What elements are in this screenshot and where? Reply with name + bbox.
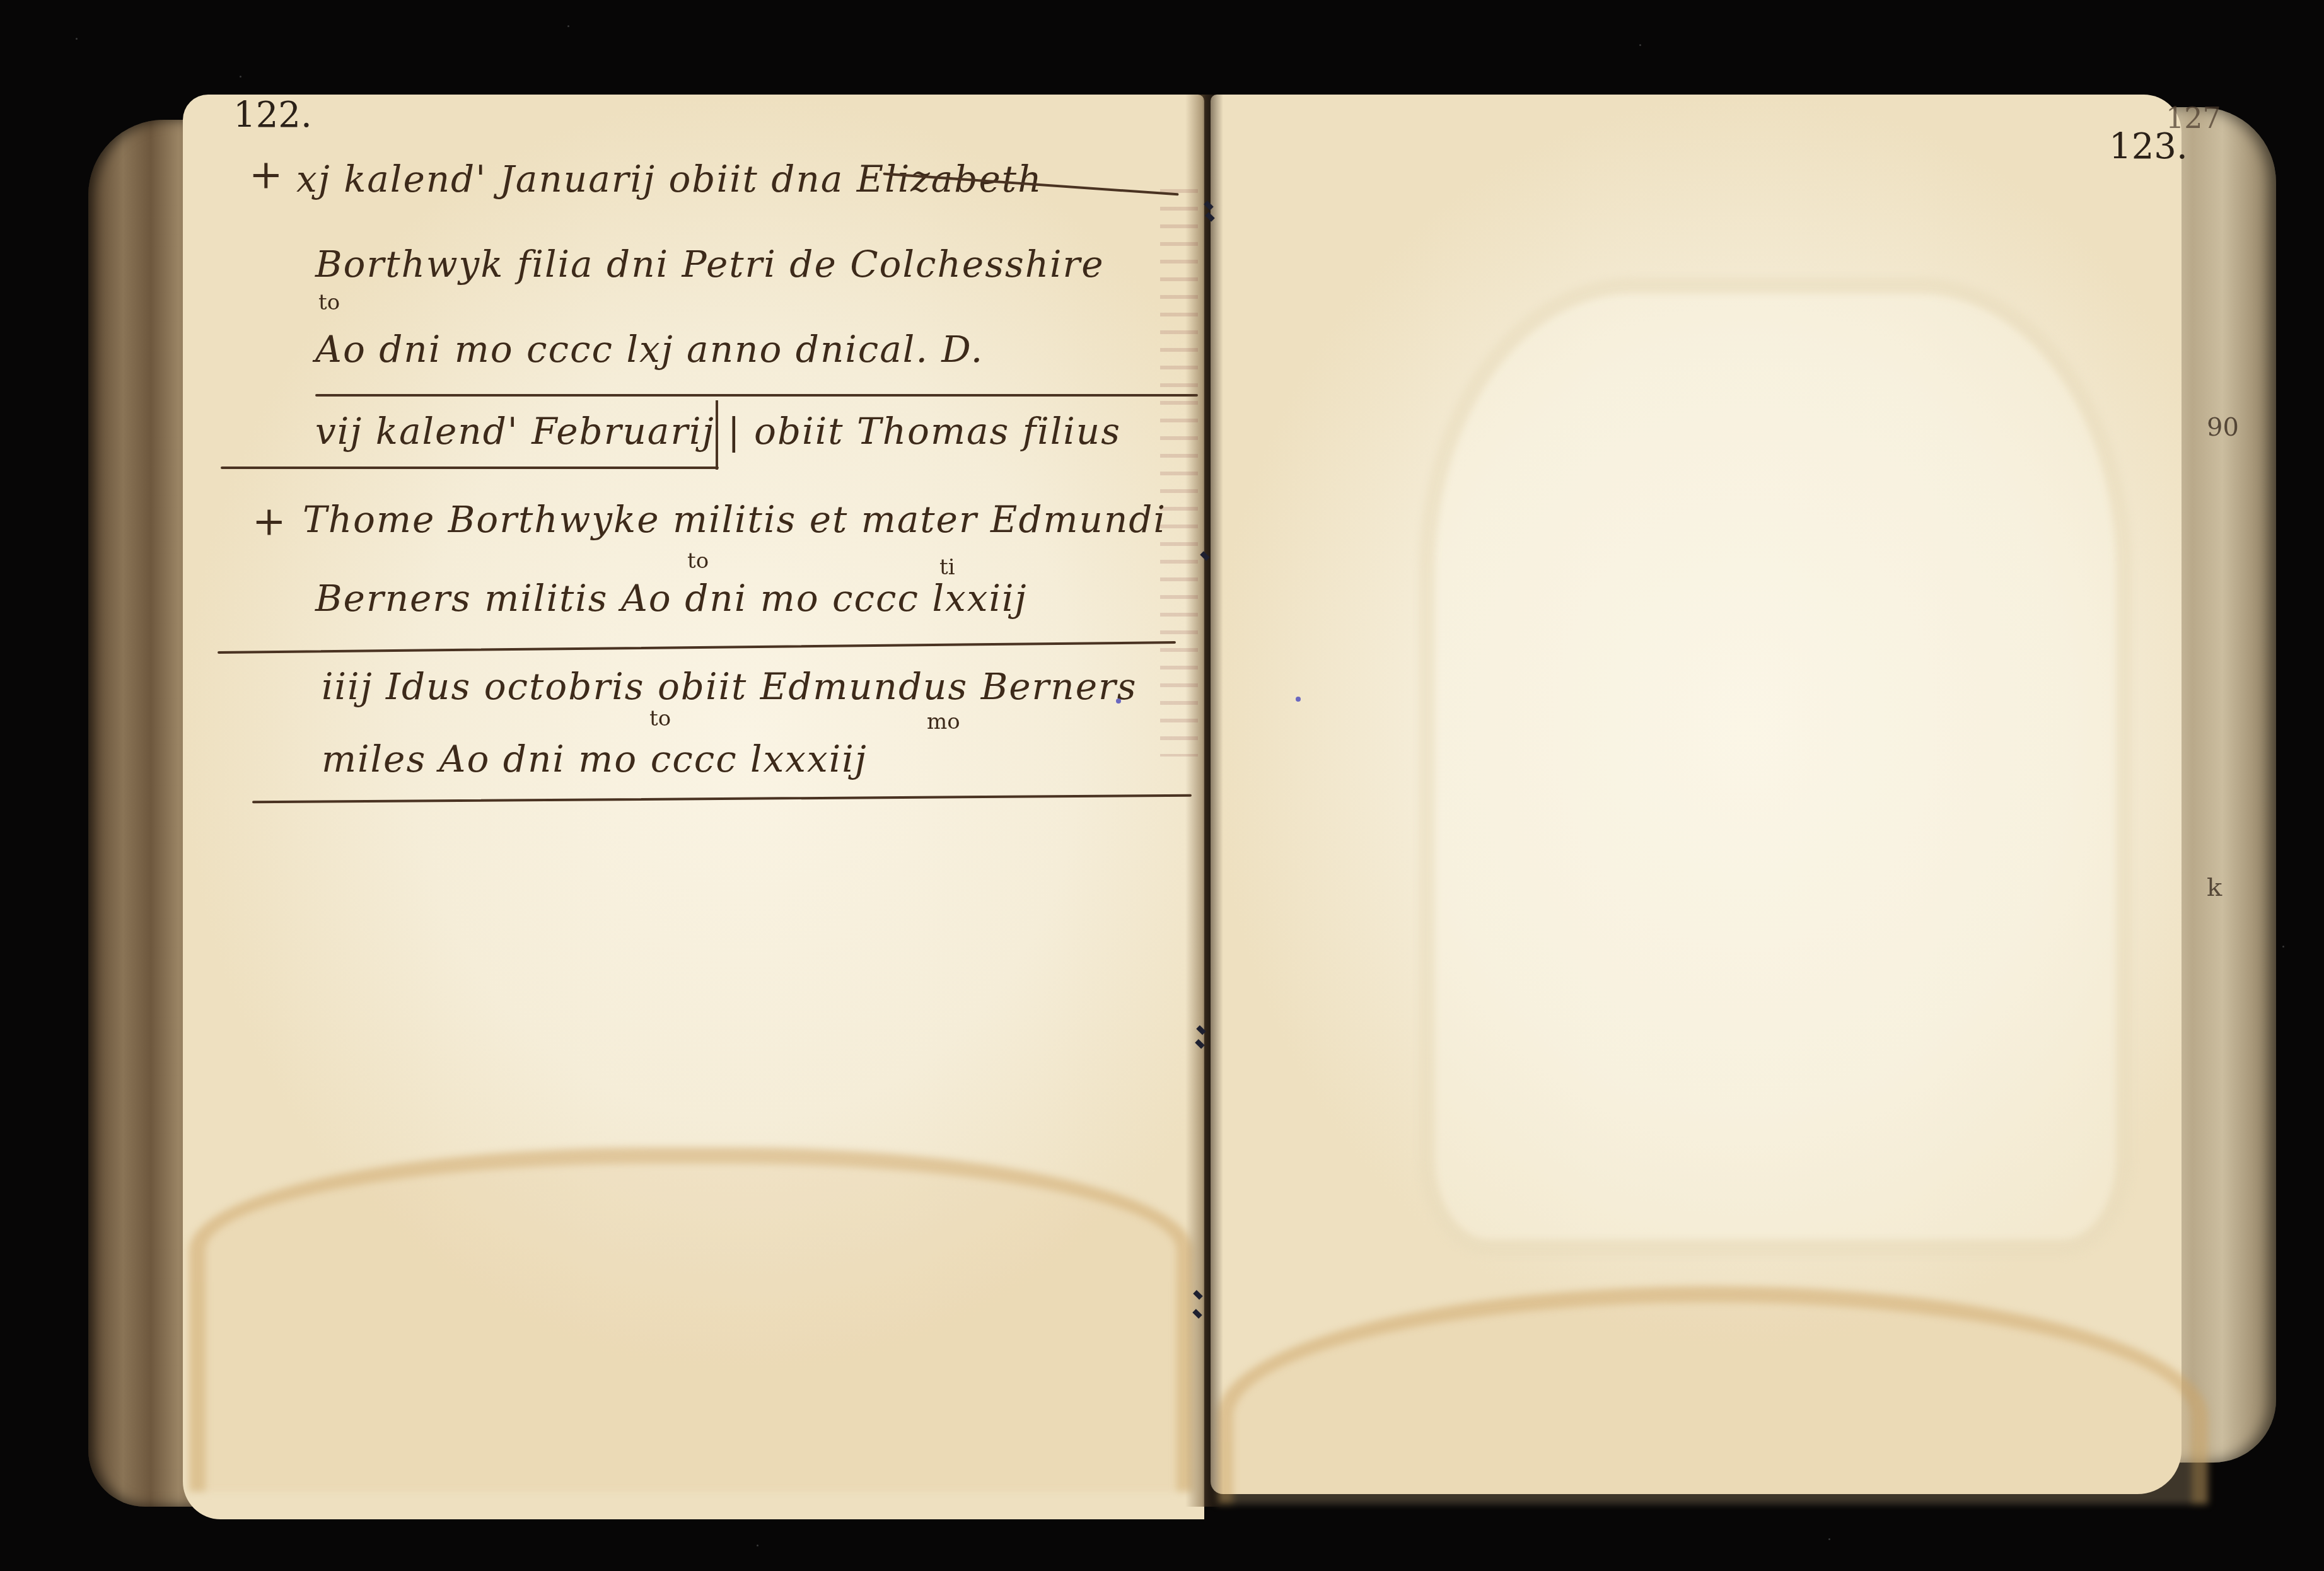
- background-speck: [1639, 44, 1641, 46]
- bracket-divider: [716, 400, 718, 470]
- background-speck: [2282, 946, 2284, 948]
- superscript: mo: [927, 709, 960, 734]
- superscript: to: [649, 706, 671, 731]
- background-speck: [757, 1545, 758, 1546]
- folio-number-left: 122.: [233, 95, 312, 136]
- entry-line: Borthwyk filia dni Petri de Colchesshire: [315, 243, 1105, 286]
- entry-line: Berners militis Ao dni mo cccc lxxiij: [315, 577, 1027, 620]
- ink-dot: [1296, 697, 1301, 702]
- background-speck: [567, 25, 569, 27]
- superscript: ti: [939, 555, 955, 580]
- entry-line: xj kalend' Januarij obiit dna Elizabeth: [296, 158, 1042, 200]
- background-speck: [240, 76, 241, 78]
- entry-line: Thome Borthwyke militis et mater Edmundi: [303, 498, 1166, 541]
- cross-marker: +: [249, 151, 283, 198]
- entry-line: Ao dni mo cccc lxj anno dnical. D.: [315, 328, 984, 371]
- ruling-line: [221, 467, 719, 469]
- right-page-recto: [1211, 95, 2182, 1494]
- folio-number-old: 127: [2166, 101, 2221, 135]
- ruling-line: [315, 394, 1198, 397]
- fore-edge-mark: 90: [2207, 413, 2239, 442]
- background-speck: [1828, 1538, 1830, 1540]
- background-speck: [76, 38, 78, 40]
- entry-line: iiij Idus octobris obiit Edmundus Berner…: [322, 665, 1137, 708]
- cross-marker: +: [252, 498, 286, 545]
- red-ink-offset: [1160, 189, 1198, 757]
- entry-line: miles Ao dni mo cccc lxxxiij: [322, 738, 868, 780]
- fore-edge-mark: k: [2207, 873, 2222, 902]
- ink-dot: [1116, 699, 1121, 704]
- superscript: to: [687, 548, 709, 574]
- superscript: to: [318, 290, 340, 315]
